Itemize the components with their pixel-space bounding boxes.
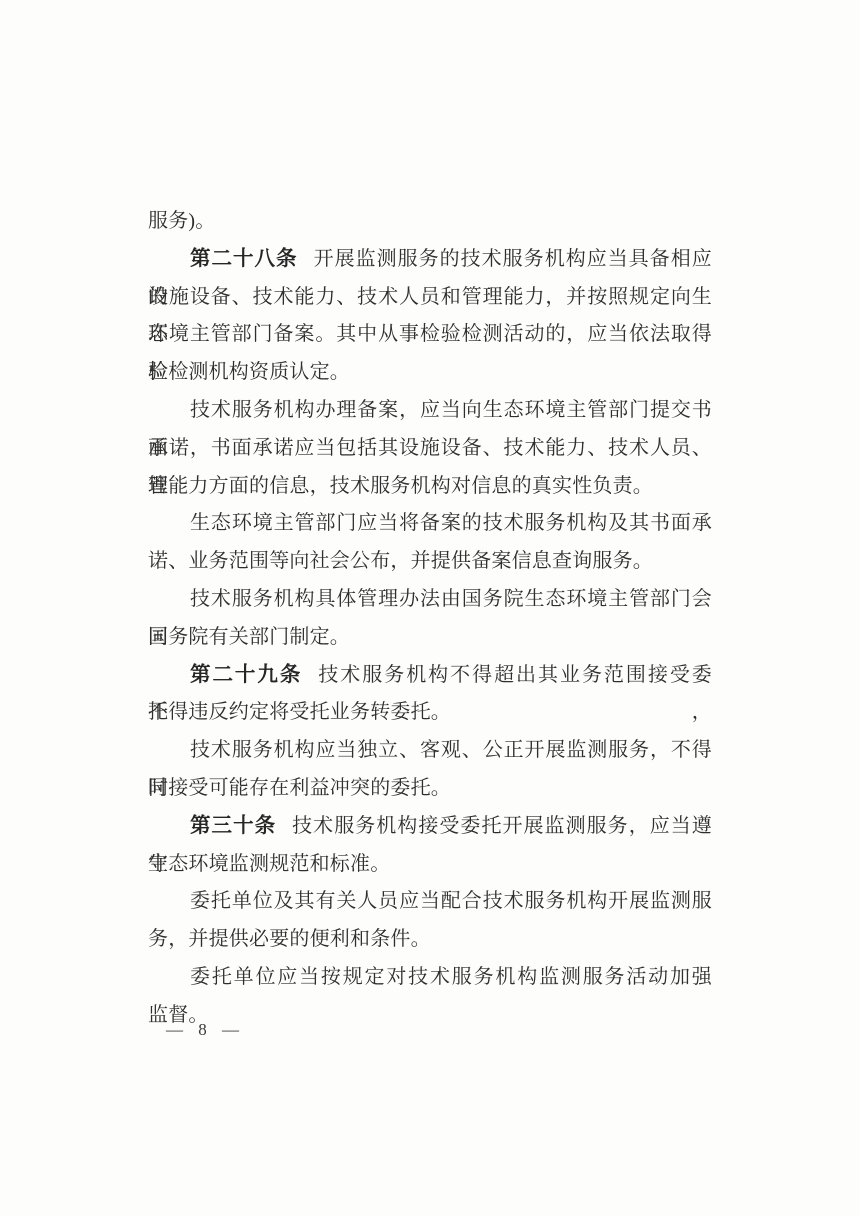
text-line: 时接受可能存在利益冲突的委托。 (148, 770, 712, 808)
text-line: 理能力方面的信息，技术服务机构对信息的真实性负责。 (148, 468, 712, 506)
text-line: 技术服务机构具体管理办法由国务院生态环境主管部门会同 (148, 581, 712, 619)
article-heading-line: 第三十条技术服务机构接受委托开展监测服务，应当遵守 (148, 808, 712, 846)
article-number: 第三十条 (190, 815, 276, 837)
article-number: 第二十八条 (190, 248, 298, 270)
text-line: 诺、业务范围等向社会公布，并提供备案信息查询服务。 (148, 543, 712, 581)
text-line: 技术服务机构办理备案，应当向生态环境主管部门提交书面 (148, 392, 712, 430)
text-line: 委托单位及其有关人员应当配合技术服务机构开展监测服 (148, 883, 712, 921)
document-body: 服务)。 第二十八条开展监测服务的技术服务机构应当具备相应的 设施设备、技术能力… (148, 203, 712, 1035)
text-line: 国务院有关部门制定。 (148, 619, 712, 657)
text-line: 设施设备、技术能力、技术人员和管理能力，并按照规定向生态 (148, 279, 712, 317)
text-line: 生态环境监测规范和标准。 (148, 846, 712, 884)
text-line: 务，并提供必要的便利和条件。 (148, 921, 712, 959)
document-page: 服务)。 第二十八条开展监测服务的技术服务机构应当具备相应的 设施设备、技术能力… (0, 0, 860, 1216)
page-number: — 8 — (166, 1019, 241, 1041)
text-line: 承诺，书面承诺应当包括其设施设备、技术能力、技术人员、管 (148, 430, 712, 468)
article-heading-line: 第二十八条开展监测服务的技术服务机构应当具备相应的 (148, 241, 712, 279)
text-line: 环境主管部门备案。其中从事检验检测活动的，应当依法取得检 (148, 316, 712, 354)
text-line: 委托单位应当按规定对技术服务机构监测服务活动加强 (148, 959, 712, 997)
text-line: 服务)。 (148, 203, 712, 241)
article-heading-line: 第二十九条技术服务机构不得超出其业务范围接受委托， (148, 657, 712, 695)
article-number: 第二十九条 (190, 664, 302, 686)
text-line: 技术服务机构应当独立、客观、公正开展监测服务，不得同 (148, 732, 712, 770)
text-line: 生态环境主管部门应当将备案的技术服务机构及其书面承 (148, 505, 712, 543)
text-line: 验检测机构资质认定。 (148, 354, 712, 392)
